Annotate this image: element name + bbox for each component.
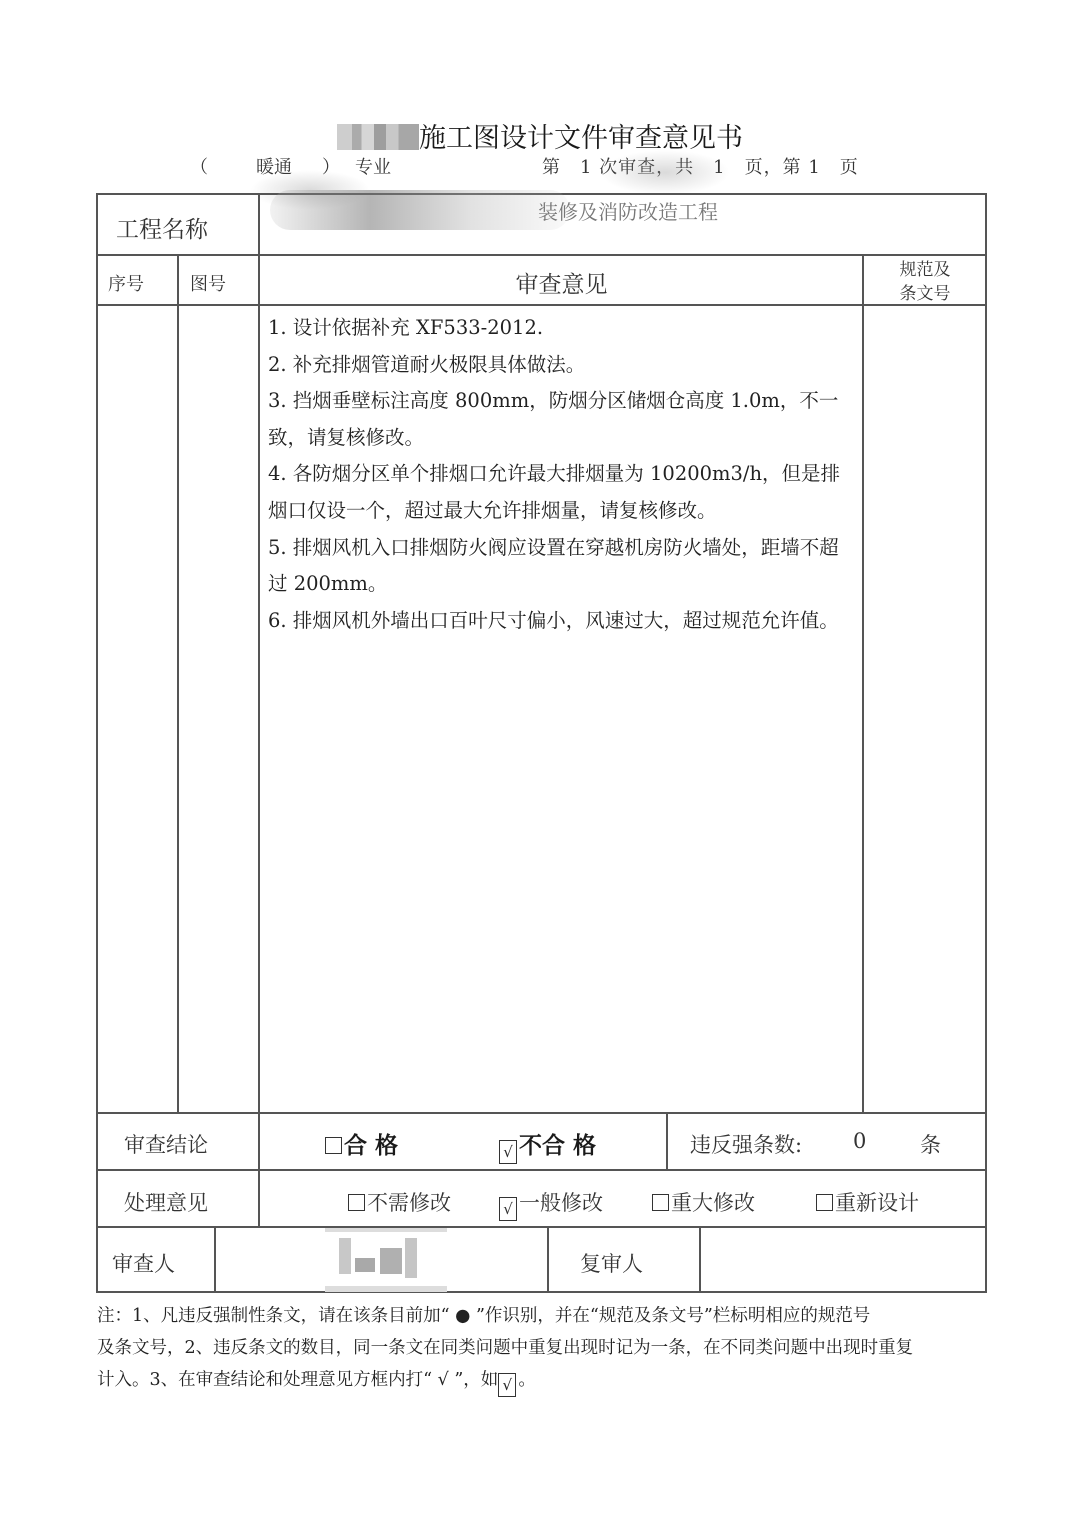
col-code-line1: 规范及: [864, 258, 986, 282]
footnote-line: 及条文号，2、违反条文的数目，同一条文在同类问题中重复出现时记为一条，在不同类问…: [97, 1332, 989, 1364]
table-line: [547, 1226, 549, 1292]
table-line: [862, 254, 864, 1114]
table-border-left: [96, 193, 98, 1293]
option-label: 不合 格: [519, 1133, 596, 1159]
opinion-item: 2. 补充排烟管道耐火极限具体做法。: [268, 347, 858, 384]
col-drawing: 图号: [190, 270, 226, 296]
footnote-text: 。: [518, 1370, 536, 1390]
document-title: 施工图设计文件审查意见书: [0, 116, 1080, 155]
col-code-line2: 条文号: [864, 282, 986, 306]
opinion-item: 1. 设计依据补充 XF533-2012.: [268, 310, 858, 347]
specialty-open: （: [190, 153, 208, 179]
col-code: 规范及 条文号: [864, 258, 986, 306]
table-border-bottom: [96, 1291, 987, 1293]
footnote-text: 计入。3、在审查结论和处理意见方框内打“ √ ”，如: [97, 1370, 498, 1390]
rechecker-signature-field[interactable]: [702, 1229, 984, 1290]
table-line: [214, 1226, 216, 1292]
handling-option-general[interactable]: √一般修改: [499, 1187, 603, 1221]
redacted-region: [270, 190, 570, 230]
handling-option-redesign[interactable]: 重新设计: [816, 1187, 919, 1217]
table-line: [96, 1169, 987, 1171]
conclusion-label: 审查结论: [124, 1129, 208, 1159]
table-border-right: [985, 193, 987, 1293]
option-label: 一般修改: [519, 1191, 603, 1215]
option-label: 重大修改: [671, 1191, 755, 1215]
opinion-item: 3. 挡烟垂壁标注高度 800mm，防烟分区储烟仓高度 1.0m，不一致，请复核…: [268, 383, 858, 456]
handling-label: 处理意见: [124, 1187, 208, 1217]
reviewer-signature-redacted: [325, 1228, 447, 1292]
checkbox-unchecked-icon[interactable]: [348, 1194, 365, 1211]
scan-smudge: [600, 150, 730, 195]
table-line: [96, 1226, 987, 1228]
col-seq: 序号: [108, 270, 144, 296]
checkbox-checked-icon[interactable]: √: [499, 1140, 517, 1164]
table-line: [96, 1112, 987, 1114]
handling-option-none[interactable]: 不需修改: [348, 1187, 451, 1217]
reviewer-label: 审查人: [112, 1248, 175, 1278]
redacted-region: [337, 124, 419, 150]
violations-count: 0: [853, 1129, 866, 1153]
footnote-line: 计入。3、在审查结论和处理意见方框内打“ √ ”，如√。: [97, 1364, 989, 1397]
project-label: 工程名称: [116, 211, 208, 244]
opinion-item: 5. 排烟风机入口排烟防火阀应设置在穿越机房防火墙处，距墙不超过 200mm。: [268, 530, 858, 603]
option-label: 合 格: [344, 1133, 398, 1159]
conclusion-option-pass[interactable]: 合 格: [325, 1127, 398, 1160]
checkbox-unchecked-icon[interactable]: [816, 1194, 833, 1211]
handling-option-major[interactable]: 重大修改: [652, 1187, 755, 1217]
option-label: 不需修改: [367, 1191, 451, 1215]
table-line: [258, 193, 260, 1228]
rechecker-label: 复审人: [580, 1248, 643, 1278]
checkbox-unchecked-icon[interactable]: [325, 1137, 342, 1154]
table-line: [699, 1226, 701, 1292]
checkbox-checked-icon[interactable]: √: [499, 1197, 517, 1221]
table-line: [666, 1112, 668, 1170]
opinion-item: 4. 各防烟分区单个排烟口允许最大排烟量为 10200m3/h，但是排烟口仅设一…: [268, 456, 858, 529]
violations-unit: 条: [920, 1129, 941, 1159]
opinion-item: 6. 排烟风机外墙出口百叶尺寸偏小，风速过大，超过规范允许值。: [268, 603, 858, 640]
checkbox-example-icon: √: [498, 1373, 516, 1397]
opinion-list: 1. 设计依据补充 XF533-2012. 2. 补充排烟管道耐火极限具体做法。…: [268, 310, 858, 639]
table-line: [177, 254, 179, 1114]
footnote: 注：1、凡违反强制性条文，请在该条目前加“ ● ”作识别，并在“规范及条文号”栏…: [97, 1300, 989, 1397]
project-name: 装修及消防改造工程: [538, 196, 718, 225]
footnote-line: 注：1、凡违反强制性条文，请在该条目前加“ ● ”作识别，并在“规范及条文号”栏…: [97, 1300, 989, 1332]
col-opinion: 审查意见: [260, 266, 863, 299]
option-label: 重新设计: [835, 1191, 919, 1215]
table-line: [96, 304, 987, 306]
violations-label: 违反强条数:: [690, 1129, 802, 1159]
conclusion-option-fail[interactable]: √不合 格: [499, 1127, 596, 1164]
checkbox-unchecked-icon[interactable]: [652, 1194, 669, 1211]
table-line: [96, 254, 987, 256]
